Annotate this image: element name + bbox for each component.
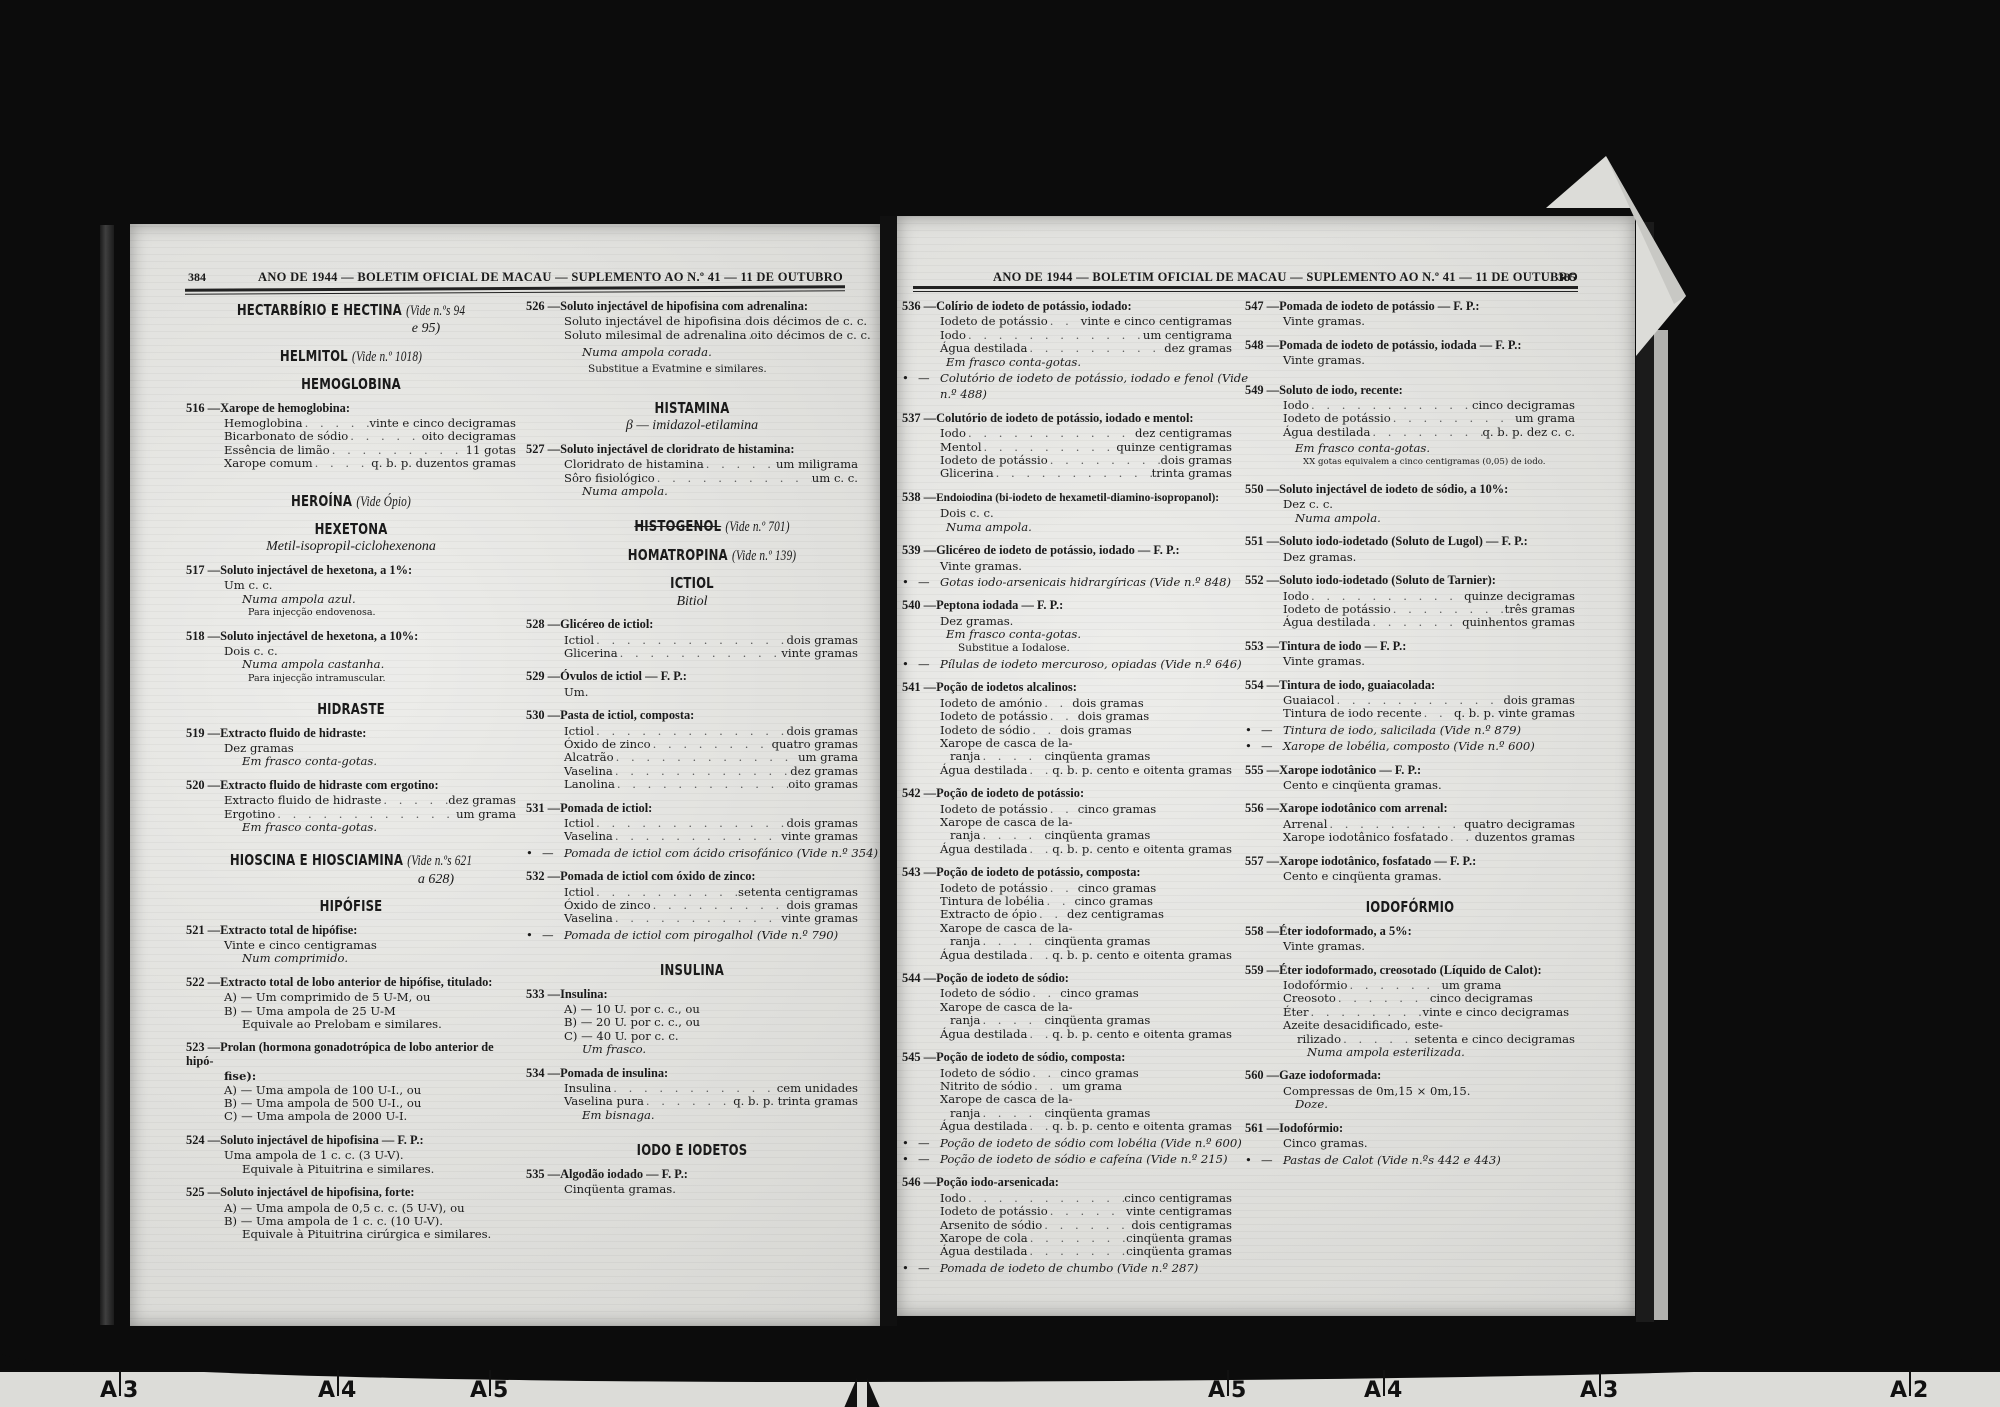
formula-entry-560: 560 —Gaze iodoformada:: [1245, 1069, 1575, 1082]
section-heading: HOMATROPINA (Vide n.º 139): [598, 549, 826, 563]
ingredient-row: ranjacinqüenta gramas: [902, 829, 1232, 842]
ingredient-row: Cloridrato de histaminaum miligrama: [526, 458, 858, 471]
cross-reference: •—Poção de iodeto de sódio com lobélia (…: [902, 1137, 1232, 1150]
quantity: Vinte e cinco centigramas: [186, 939, 516, 952]
ingredient-row: Lanolinaoito gramas: [526, 778, 858, 791]
quantity: Um.: [526, 686, 858, 699]
cross-reference: •—Colutório de iodeto de potássio, iodad…: [902, 372, 1232, 385]
film-edge: [100, 225, 114, 1325]
ingredient-row: Hemoglobinavinte e cinco decigramas: [186, 417, 516, 430]
frame-marker: A4: [1364, 1378, 1402, 1404]
packaging-note: Numa ampola corada.: [526, 346, 858, 359]
ingredient-row: Iodeto de sódiocinco gramas: [902, 1067, 1232, 1080]
usage-note: Para injecção endovenosa.: [186, 606, 516, 619]
quantity: Dez gramas.: [902, 615, 1232, 628]
ingredient-row: Vaselinavinte gramas: [526, 830, 858, 843]
packaging-note: Em frasco conta-gotas.: [1245, 442, 1575, 455]
formula-entry-533: 533 —Insulina:: [526, 988, 858, 1001]
quantity: Dois c. c.: [186, 645, 516, 658]
formula-entry-536: 536 —Colírio de iodeto de potássio, ioda…: [902, 300, 1232, 313]
ingredient-row: Arrenalquatro decigramas: [1245, 818, 1575, 831]
ingredient-row: Iodeto de sódiodois gramas: [902, 724, 1232, 737]
next-page-edge: [1654, 330, 1668, 1320]
section-subtitle: Metil-isopropil-ciclohexenona: [186, 540, 516, 553]
ingredient-row: Xarope de casca de la-: [902, 1093, 1232, 1106]
section-heading: HISTAMINA: [563, 402, 822, 415]
quantity: Vinte gramas.: [1245, 354, 1575, 367]
packaging-note: Em bisnaga.: [526, 1109, 858, 1122]
ingredient-row: Iodeto de potássiovinte centigramas: [902, 1205, 1232, 1218]
packaging-note: Doze.: [1245, 1098, 1575, 1111]
ingredient-row: Água destiladaq. b. p. cento e oitenta g…: [902, 1028, 1232, 1041]
ingredient-row: Óxido de zincodois gramas: [526, 899, 858, 912]
section-heading: HECTARBÍRIO E HECTINA (Vide n.ºs 94: [222, 304, 479, 318]
quantity: Cinqüenta gramas.: [526, 1183, 858, 1196]
packaging-note: Numa ampola esterilizada.: [1245, 1046, 1575, 1059]
formula-entry-546: 546 —Poção iodo-arsenicada:: [902, 1176, 1232, 1189]
formula-entry-547: 547 —Pomada de iodeto de potássio — F. P…: [1245, 300, 1575, 313]
quantity: Compressas de 0m,15 × 0m,15.: [1245, 1085, 1575, 1098]
ingredient-row: Bicarbonato de sódiooito decigramas: [186, 430, 516, 443]
ingredient-row: Nitrito de sódioum grama: [902, 1080, 1232, 1093]
ingredient-row: Iodoquinze decigramas: [1245, 590, 1575, 603]
packaging-note: Em frasco conta-gotas.: [186, 821, 516, 834]
ingredient-row: Extracto de ópiodez centigramas: [902, 908, 1232, 921]
equivalence-note: Substitue a Evatmine e similares.: [526, 363, 858, 376]
formula-entry-548: 548 —Pomada de iodeto de potássio, iodad…: [1245, 339, 1575, 352]
ingredient-row: Azeite desacidificado, este-: [1245, 1019, 1575, 1032]
usage-note: Para injecção intramuscular.: [186, 672, 516, 685]
section-heading: HELMITOL (Vide n.º 1018): [222, 350, 479, 364]
quantity: Dez gramas: [186, 742, 516, 755]
packaging-note: Em frasco conta-gotas.: [902, 356, 1232, 369]
formula-entry-531: 531 —Pomada de ictiol:: [526, 802, 858, 815]
ingredient-row: Glicerinavinte gramas: [526, 647, 858, 660]
packaging-note: Numa ampola azul.: [186, 593, 516, 606]
cross-reference: •—Xarope de lobélia, composto (Vide n.º …: [1245, 740, 1575, 753]
formula-entry-542: 542 —Poção de iodeto de potássio:: [902, 787, 1232, 800]
frame-marker: A4: [318, 1378, 356, 1404]
quantity: Cento e cinqüenta gramas.: [1245, 870, 1575, 883]
formula-entry-558: 558 —Éter iodoformado, a 5%:: [1245, 925, 1575, 938]
section-heading: INSULINA: [563, 964, 822, 977]
formula-entry-552: 552 —Soluto iodo-iodetado (Soluto de Tar…: [1245, 574, 1575, 587]
cross-reference: •—Pastas de Calot (Vide n.ºs 442 e 443): [1245, 1154, 1575, 1167]
quantity: Dez gramas.: [1245, 551, 1575, 564]
formula-entry-540: 540 —Peptona iodada — F. P.:: [902, 599, 1232, 612]
section-heading: HISTOGENOL (Vide n.º 701): [598, 520, 826, 534]
ingredient-row: Essência de limão11 gotas: [186, 444, 516, 457]
ingredient-row: Água destiladadez gramas: [902, 342, 1232, 355]
formula-entry-539: 539 —Glicéreo de iodeto de potássio, iod…: [902, 544, 1232, 557]
formula-entry-523: 523 —Prolan (hormona gonadotrópica de lo…: [186, 1041, 516, 1068]
quantity: Dois c. c.: [902, 507, 1232, 520]
cross-reference: •—Pomada de ictiol com pirogalhol (Vide …: [526, 929, 858, 942]
formula-entry-534: 534 —Pomada de insulina:: [526, 1067, 858, 1080]
cross-reference: •—Tintura de iodo, salicilada (Vide n.º …: [1245, 724, 1575, 737]
formula-entry-529: 529 —Óvulos de ictiol — F. P.:: [526, 670, 858, 683]
ingredient-row: Água destiladaq. b. p. cento e oitenta g…: [902, 843, 1232, 856]
section-heading: HEMOGLOBINA: [222, 378, 479, 391]
quantity: Vinte gramas.: [1245, 655, 1575, 668]
running-head-right: ANO DE 1944 — BOLETIM OFICIAL DE MACAU —…: [993, 270, 1578, 285]
ingredient-row: Iodeto de sódiocinco gramas: [902, 987, 1232, 1000]
formula-entry-543: 543 —Poção de iodeto de potássio, compos…: [902, 866, 1232, 879]
formula-entry-561: 561 —Iodofórmio:: [1245, 1122, 1575, 1135]
ingredient-row: Iodofórmioum grama: [1245, 979, 1575, 992]
book-gutter: [880, 216, 897, 1326]
formula-entry-541: 541 —Poção de iodetos alcalinos:: [902, 681, 1232, 694]
formula-entry-551: 551 —Soluto iodo-iodetado (Soluto de Lug…: [1245, 535, 1575, 548]
option-line: A) — Um comprimido de 5 U-M, ou: [186, 991, 516, 1004]
option-line: C) — 40 U. por c. c.: [526, 1030, 858, 1043]
ingredient-row: Alcatrãoum grama: [526, 751, 858, 764]
equivalence-note: Equivale à Pituitrina cirúrgica e simila…: [186, 1228, 516, 1241]
packaging-note: Em frasco conta-gotas.: [902, 628, 1232, 641]
formula-entry-550: 550 —Soluto injectável de iodeto de sódi…: [1245, 483, 1575, 496]
ingredient-row: Iodocinco decigramas: [1245, 399, 1575, 412]
option-line: B) — Uma ampola de 25 U-M: [186, 1005, 516, 1018]
formula-entry-537: 537 —Colutório de iodeto de potássio, io…: [902, 412, 1232, 425]
ingredient-row: Iodeto de potássiodois gramas: [902, 454, 1232, 467]
formula-entry-517: 517 —Soluto injectável de hexetona, a 1%…: [186, 564, 516, 577]
left-column-2: 526 —Soluto injectável de hipofisina com…: [526, 300, 858, 1197]
quantity: Uma ampola de 1 c. c. (3 U-V).: [186, 1149, 516, 1162]
cross-reference: •—Pomada de iodeto de chumbo (Vide n.º 2…: [902, 1262, 1232, 1275]
formula-entry-532: 532 —Pomada de ictiol com óxido de zinco…: [526, 870, 858, 883]
ingredient-row: Água destiladaq. b. p. cento e oitenta g…: [902, 949, 1232, 962]
cross-reference: •—Poção de iodeto de sódio e cafeína (Vi…: [902, 1153, 1232, 1166]
ingredient-row: Insulinacem unidades: [526, 1082, 858, 1095]
option-line: B) — Uma ampola de 1 c. c. (10 U-V).: [186, 1215, 516, 1228]
ingredient-row: Xarope de casca de la-: [902, 737, 1232, 750]
quantity: Cento e cinqüenta gramas.: [1245, 779, 1575, 792]
section-subtitle: β — imidazol-etilamina: [526, 419, 858, 432]
option-line: A) — Uma ampola de 0,5 c. c. (5 U-V), ou: [186, 1202, 516, 1215]
formula-entry-556: 556 —Xarope iodotânico com arrenal:: [1245, 802, 1575, 815]
formula-entry-530: 530 —Pasta de ictiol, composta:: [526, 709, 858, 722]
ingredient-row: Xarope comumq. b. p. duzentos gramas: [186, 457, 516, 470]
page-number-left: 384: [188, 270, 206, 285]
frame-marker: A5: [1208, 1378, 1246, 1404]
formula-entry-525: 525 —Soluto injectável de hipofisina, fo…: [186, 1186, 516, 1199]
equivalence-note: Equivale ao Prelobam e similares.: [186, 1018, 516, 1031]
packaging-note: Um frasco.: [526, 1043, 858, 1056]
ingredient-row: Vaselinadez gramas: [526, 765, 858, 778]
formula-entry-553: 553 —Tintura de iodo — F. P.:: [1245, 640, 1575, 653]
ingredient-row: Mentolquinze centigramas: [902, 441, 1232, 454]
ingredient-row: Étervinte e cinco decigramas: [1245, 1006, 1575, 1019]
section-heading: HIPÓFISE: [222, 900, 479, 913]
entry-title-continued: fise):: [186, 1070, 516, 1083]
packaging-note: Numa ampola.: [526, 485, 858, 498]
ingredient-row: Soluto injectável de hipofisinadois déci…: [526, 315, 858, 328]
frame-marker: A5: [470, 1378, 508, 1404]
ingredient-row: Vaselinavinte gramas: [526, 912, 858, 925]
header-rule-right: [913, 286, 1578, 289]
section-ref: e 95): [336, 322, 516, 335]
ingredient-row: Extracto fluido de hidrastedez gramas: [186, 794, 516, 807]
ingredient-row: Xarope de casca de la-: [902, 922, 1232, 935]
ingredient-row: Glicerinatrinta gramas: [902, 467, 1232, 480]
packaging-note: Numa ampola castanha.: [186, 658, 516, 671]
option-line: A) — 10 U. por c. c., ou: [526, 1003, 858, 1016]
packaging-note: Numa ampola.: [902, 521, 1232, 534]
formula-entry-559: 559 —Éter iodoformado, creosotado (Líqui…: [1245, 964, 1575, 977]
packaging-note: Numa ampola.: [1245, 512, 1575, 525]
formula-entry-549: 549 —Soluto de iodo, recente:: [1245, 384, 1575, 397]
dosage-note: XX gotas equivalem a cinco centigramas (…: [1245, 456, 1575, 469]
ingredient-row: Iodocinco centigramas: [902, 1192, 1232, 1205]
formula-entry-557: 557 —Xarope iodotânico, fosfatado — F. P…: [1245, 855, 1575, 868]
page-number-right: 385: [1558, 270, 1576, 285]
section-heading: ICTIOL: [563, 577, 822, 590]
formula-entry-535: 535 —Algodão iodado — F. P.:: [526, 1168, 858, 1181]
ingredient-row: Óxido de zincoquatro gramas: [526, 738, 858, 751]
ingredient-row: Iodeto de potássiocinco gramas: [902, 803, 1232, 816]
equivalence-note: Substitue a Iodalose.: [902, 642, 1232, 655]
section-heading: HIOSCINA E HIOSCIAMINA (Vide n.ºs 621: [222, 854, 479, 868]
running-head-left: ANO DE 1944 — BOLETIM OFICIAL DE MACAU —…: [258, 270, 843, 285]
frame-marker: A2: [1890, 1378, 1928, 1404]
ingredient-row: ranjacinqüenta gramas: [902, 1014, 1232, 1027]
section-heading: IODO E IODETOS: [563, 1144, 822, 1157]
left-column-1: HECTARBÍRIO E HECTINA (Vide n.ºs 94 e 95…: [186, 290, 516, 1242]
formula-entry-555: 555 —Xarope iodotânico — F. P.:: [1245, 764, 1575, 777]
formula-entry-545: 545 —Poção de iodeto de sódio, composta:: [902, 1051, 1232, 1064]
ingredient-row: Água destiladaq. b. p. cento e oitenta g…: [902, 764, 1232, 777]
section-heading: HEROÍNA (Vide Ópio): [222, 495, 479, 509]
right-column-1: 536 —Colírio de iodeto de potássio, ioda…: [902, 300, 1232, 1275]
ingredient-row: Água destiladaq. b. p. cento e oitenta g…: [902, 1120, 1232, 1133]
ingredient-row: Iodeto de potássiocinco gramas: [902, 882, 1232, 895]
cross-reference: •—Gotas iodo-arsenicais hidrargíricas (V…: [902, 576, 1232, 589]
section-heading: IODOFÓRMIO: [1281, 901, 1538, 914]
ingredient-row: Vaselina puraq. b. p. trinta gramas: [526, 1095, 858, 1108]
formula-entry-528: 528 —Glicéreo de ictiol:: [526, 618, 858, 631]
frame-marker: A3: [1580, 1378, 1618, 1404]
ingredient-row: ranjacinqüenta gramas: [902, 750, 1232, 763]
ingredient-row: Xarope de casca de la-: [902, 1001, 1232, 1014]
packaging-note: Num comprimido.: [186, 952, 516, 965]
ingredient-row: rilizadosetenta e cinco decigramas: [1245, 1033, 1575, 1046]
ingredient-row: Água destiladacinqüenta gramas: [902, 1245, 1232, 1258]
cross-reference: •—Pomada de ictiol com ácido crisofánico…: [526, 847, 858, 860]
equivalence-note: Equivale à Pituitrina e similares.: [186, 1163, 516, 1176]
section-ref: a 628): [356, 873, 516, 886]
ingredient-row: Água destiladaq. b. p. dez c. c.: [1245, 426, 1575, 439]
section-subtitle: Bitiol: [526, 595, 858, 608]
formula-entry-516: 516 —Xarope de hemoglobina:: [186, 402, 516, 415]
formula-entry-526: 526 —Soluto injectável de hipofisina com…: [526, 300, 858, 313]
quantity: Dez c. c.: [1245, 498, 1575, 511]
formula-entry-538: 538 —Endoiodina (bi-iodeto de hexametil-…: [902, 491, 1232, 505]
formula-entry-519: 519 —Extracto fluido de hidraste:: [186, 727, 516, 740]
right-column-2: 547 —Pomada de iodeto de potássio — F. P…: [1245, 300, 1575, 1167]
header-rule-right-thin: [913, 291, 1578, 292]
ingredient-row: Guaiacoldois gramas: [1245, 694, 1575, 707]
section-heading: HEXETONA: [222, 523, 479, 536]
ingredient-row: Ictiolsetenta centigramas: [526, 886, 858, 899]
ingredient-row: Sôro fisiológicoum c. c.: [526, 472, 858, 485]
ingredient-row: Iododez centigramas: [902, 427, 1232, 440]
quantity: Um c. c.: [186, 579, 516, 592]
section-heading: HIDRASTE: [222, 703, 479, 716]
cross-reference: •—Pílulas de iodeto mercuroso, opiadas (…: [902, 658, 1232, 671]
ingredient-row: ranjacinqüenta gramas: [902, 935, 1232, 948]
ingredient-row: Água destiladaquinhentos gramas: [1245, 616, 1575, 629]
option-line: B) — Uma ampola de 500 U-I., ou: [186, 1097, 516, 1110]
formula-entry-520: 520 —Extracto fluido de hidraste com erg…: [186, 779, 516, 792]
cross-reference-continued: n.º 488): [902, 388, 1232, 401]
quantity: Vinte gramas.: [902, 560, 1232, 573]
formula-entry-521: 521 —Extracto total de hipófise:: [186, 924, 516, 937]
frame-center-arrow-icon: [822, 1378, 902, 1407]
packaging-note: Em frasco conta-gotas.: [186, 755, 516, 768]
option-line: C) — Uma ampola de 2000 U-I.: [186, 1110, 516, 1123]
ingredient-row: Iodoum centigrama: [902, 329, 1232, 342]
ingredient-row: Iodeto de amóniodois gramas: [902, 697, 1232, 710]
formula-entry-554: 554 —Tintura de iodo, guaiacolada:: [1245, 679, 1575, 692]
frame-marker: A3: [100, 1378, 138, 1404]
quantity: Cinco gramas.: [1245, 1137, 1575, 1150]
ingredient-row: Ergotinoum grama: [186, 808, 516, 821]
ingredient-row: Ictioldois gramas: [526, 725, 858, 738]
ingredient-row: Creosotocinco decigramas: [1245, 992, 1575, 1005]
formula-entry-544: 544 —Poção de iodeto de sódio:: [902, 972, 1232, 985]
ingredient-row: Iodeto de potássiovinte e cinco centigra…: [902, 315, 1232, 328]
formula-entry-524: 524 —Soluto injectável de hipofisina — F…: [186, 1134, 516, 1147]
ingredient-row: Xarope de colacinqüenta gramas: [902, 1232, 1232, 1245]
option-line: A) — Uma ampola de 100 U-I., ou: [186, 1084, 516, 1097]
formula-entry-527: 527 —Soluto injectável de cloridrato de …: [526, 443, 858, 456]
quantity: Vinte gramas.: [1245, 315, 1575, 328]
ingredient-row: Ictioldois gramas: [526, 817, 858, 830]
page-edge-shadow: [1636, 222, 1654, 1322]
ingredient-row: Xarope iodotânico fosfatadoduzentos gram…: [1245, 831, 1575, 844]
formula-entry-518: 518 —Soluto injectável de hexetona, a 10…: [186, 630, 516, 643]
ingredient-row: Iodeto de potássioum grama: [1245, 412, 1575, 425]
ingredient-row: Soluto milesimal de adrenalinaoito décim…: [526, 329, 858, 342]
formula-entry-522: 522 —Extracto total de lobo anterior de …: [186, 976, 516, 989]
ingredient-row: Tintura de iodo recenteq. b. p. vinte gr…: [1245, 707, 1575, 720]
ingredient-row: Arsenito de sódiodois centigramas: [902, 1219, 1232, 1232]
quantity: Vinte gramas.: [1245, 940, 1575, 953]
ingredient-row: Xarope de casca de la-: [902, 816, 1232, 829]
option-line: B) — 20 U. por c. c., ou: [526, 1016, 858, 1029]
ingredient-row: Tintura de lobéliacinco gramas: [902, 895, 1232, 908]
ingredient-row: Iodeto de potássiotrês gramas: [1245, 603, 1575, 616]
ingredient-row: Iodeto de potássiodois gramas: [902, 710, 1232, 723]
ingredient-row: Ictioldois gramas: [526, 634, 858, 647]
ingredient-row: ranjacinqüenta gramas: [902, 1107, 1232, 1120]
